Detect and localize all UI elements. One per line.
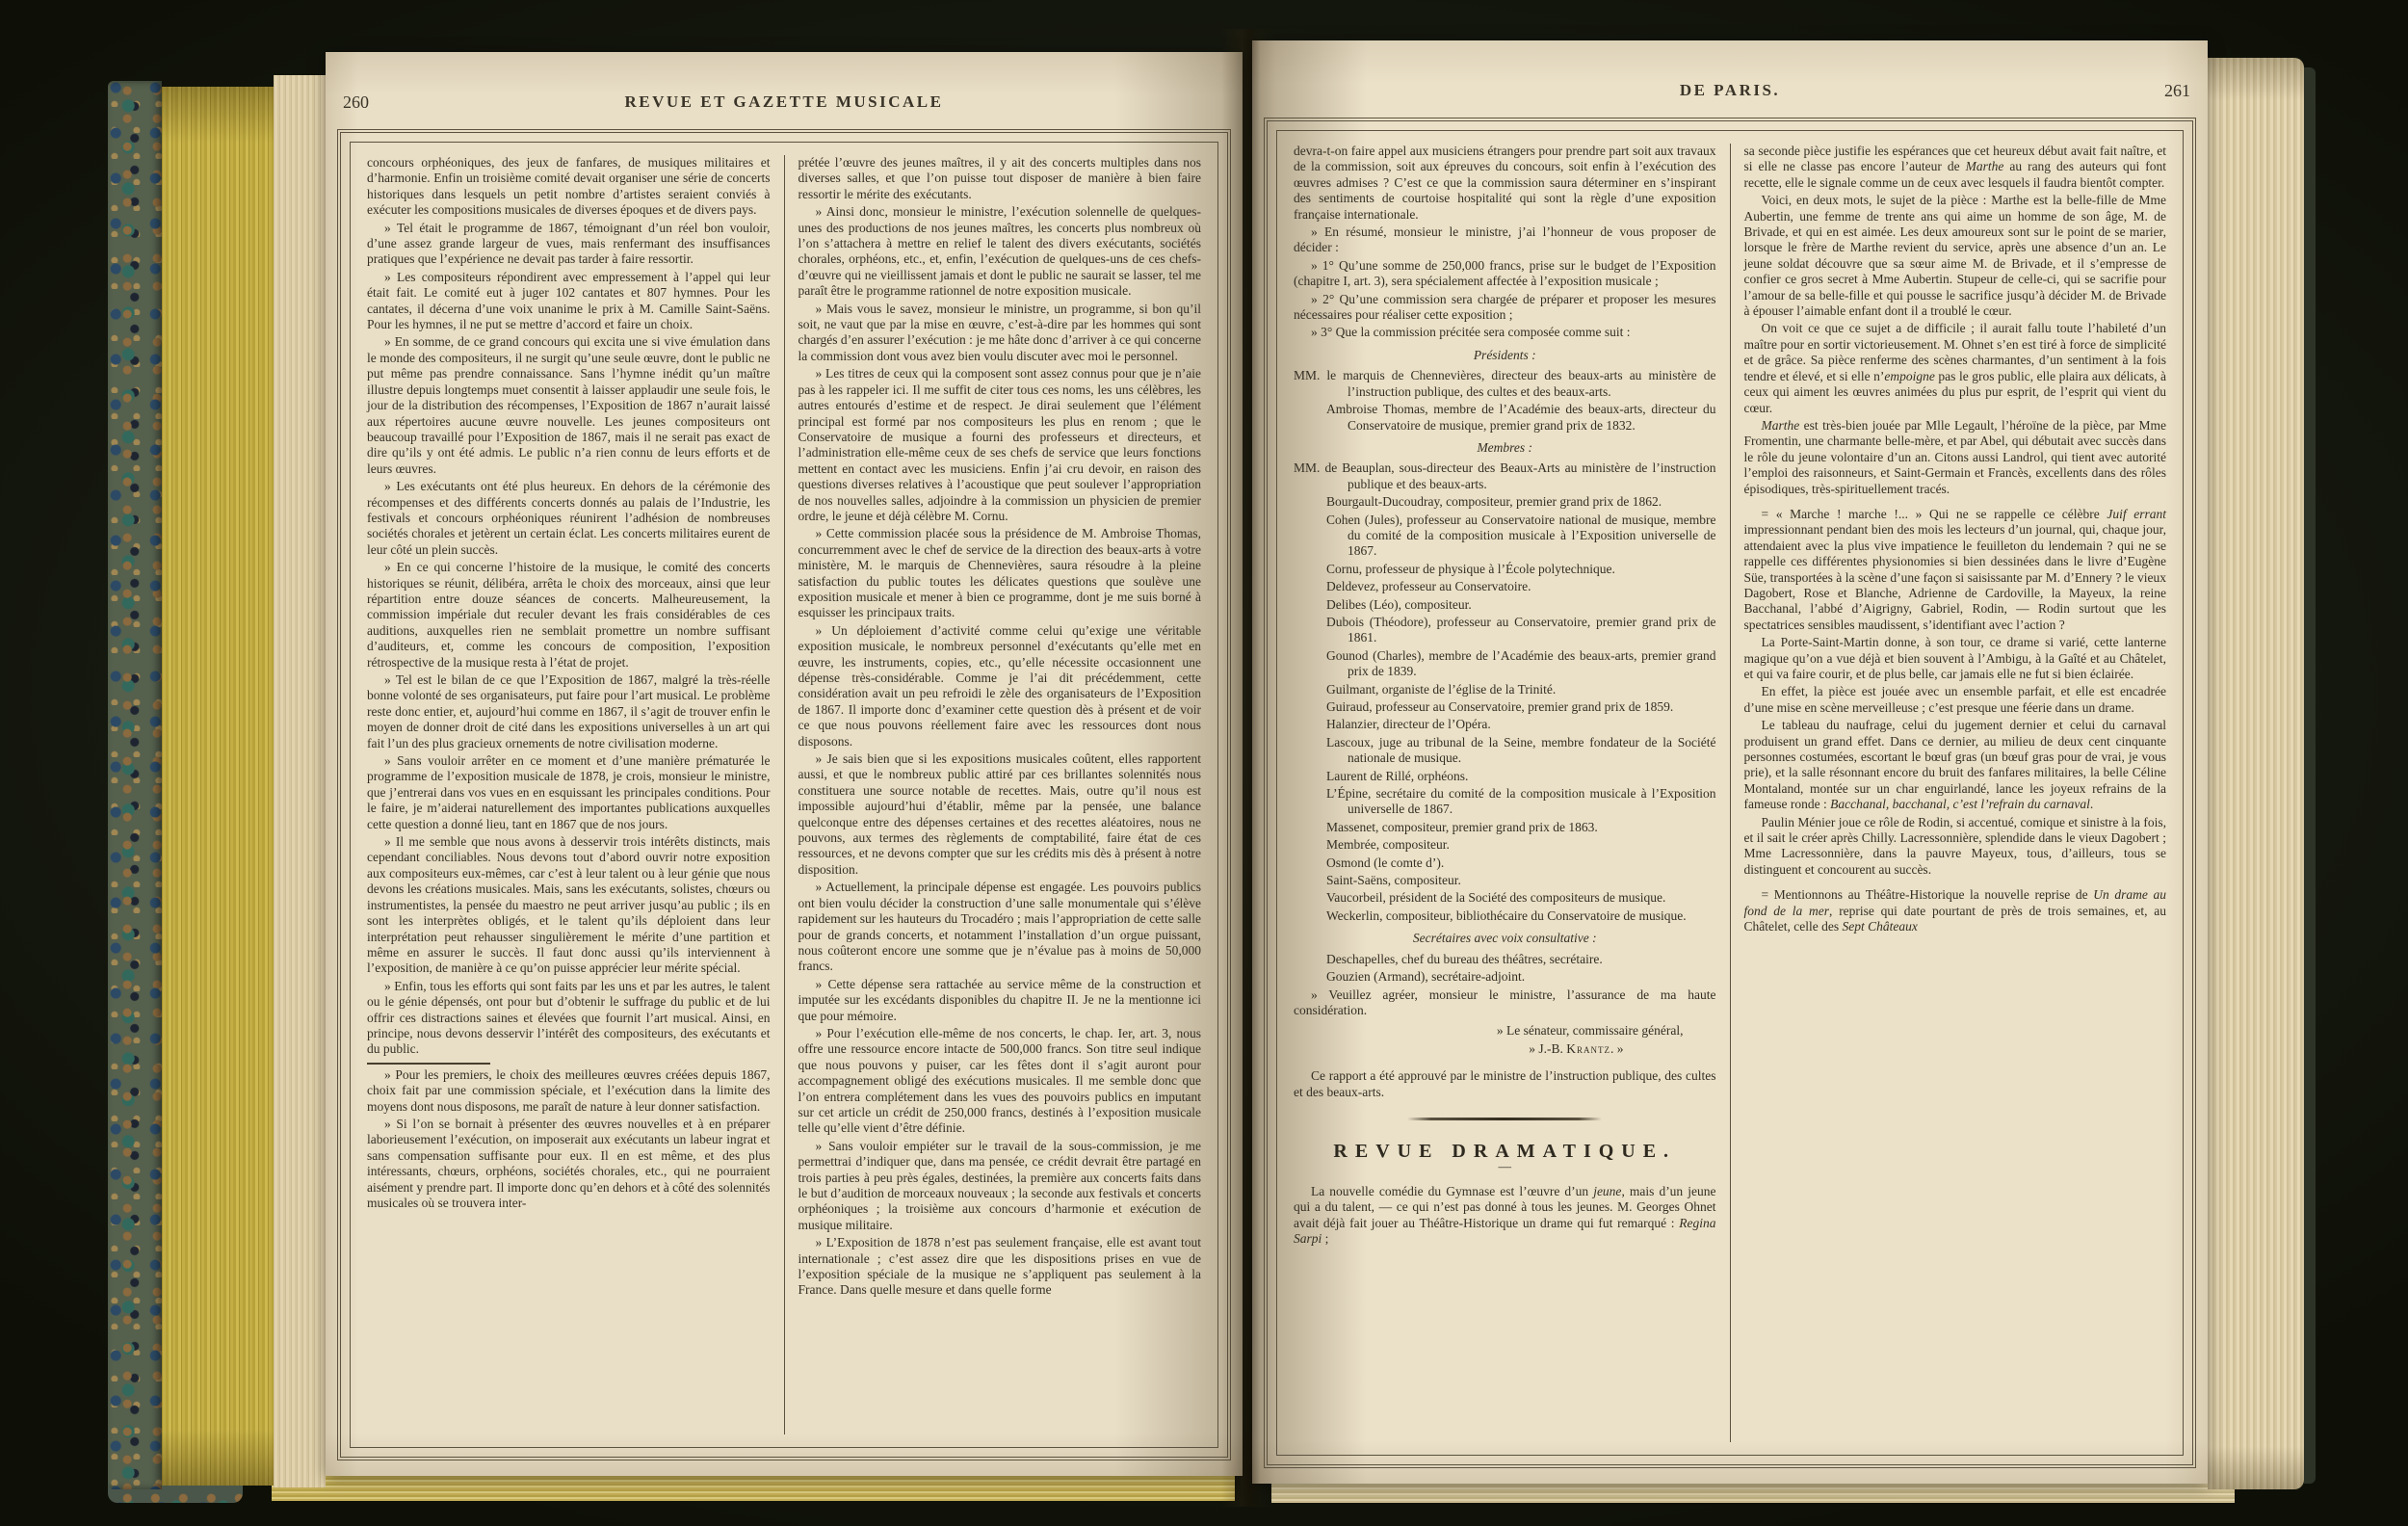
paragraph: » Tel est le bilan de ce que l’Expositio… <box>367 672 771 751</box>
paragraph: » Tel était le programme de 1867, témoig… <box>367 221 771 268</box>
paragraph: = « Marche ! marche !... » Qui ne se rap… <box>1744 507 2167 633</box>
list-item: Laurent de Rillé, orphéons. <box>1294 769 1716 784</box>
page-stack-edge-left <box>274 75 326 1487</box>
column-1: devra-t-on faire appel aux musiciens étr… <box>1292 144 1730 1442</box>
page-border-frame-middle: concours orphéoniques, des jeux de fanfa… <box>340 132 1228 1458</box>
paragraph: Ce rapport a été approuvé par le ministr… <box>1294 1068 1716 1100</box>
list-item: Gounod (Charles), membre de l’Académie d… <box>1294 648 1716 680</box>
paragraph: » Cette dépense sera rattachée au servic… <box>798 977 1202 1024</box>
paragraph: » Ainsi donc, monsieur le ministre, l’ex… <box>798 204 1202 299</box>
list-item: Ambroise Thomas, membre de l’Académie de… <box>1294 402 1716 434</box>
paragraph: » Sans vouloir empiéter sur le travail d… <box>798 1139 1202 1233</box>
scanned-book-spread: 260 REVUE ET GAZETTE MUSICALE concours o… <box>0 0 2408 1526</box>
membres-heading: Membres : <box>1294 440 1716 456</box>
section-rule <box>1407 1118 1602 1120</box>
list-item: Dubois (Théodore), professeur au Conserv… <box>1294 615 1716 646</box>
list-item: MM. le marquis de Chennevières, directeu… <box>1294 368 1716 400</box>
paragraph: » Veuillez agréer, monsieur le ministre,… <box>1294 987 1716 1019</box>
list-item: Delibes (Léo), compositeur. <box>1294 597 1716 613</box>
page-border-frame: concours orphéoniques, des jeux de fanfa… <box>337 129 1231 1460</box>
paragraph: » L’Exposition de 1878 n’est pas seuleme… <box>798 1235 1202 1299</box>
column-2: prétée l’œuvre des jeunes maîtres, il y … <box>784 155 1204 1434</box>
signature-name: » J.-B. Krantz. » <box>1294 1041 1716 1057</box>
list-item: Cornu, professeur de physique à l’École … <box>1294 562 1716 577</box>
paragraph: En effet, la pièce est jouée avec un ens… <box>1744 684 2167 716</box>
paragraph: concours orphéoniques, des jeux de fanfa… <box>367 155 771 219</box>
paragraph: » 3° Que la commission précitée sera com… <box>1294 325 1716 340</box>
list-item: Guiraud, professeur au Conservatoire, pr… <box>1294 699 1716 715</box>
page-border-frame: devra-t-on faire appel aux musiciens étr… <box>1264 118 2196 1468</box>
paragraph: » Les titres de ceux qui la composent so… <box>798 366 1202 524</box>
list-item: L’Épine, secrétaire du comité de la comp… <box>1294 786 1716 818</box>
paragraph: On voit ce que ce sujet a de difficile ;… <box>1744 321 2167 415</box>
page-border-frame-inner: devra-t-on faire appel aux musiciens étr… <box>1276 130 2184 1456</box>
left-page: 260 REVUE ET GAZETTE MUSICALE concours o… <box>326 52 1243 1476</box>
paragraph: » En somme, de ce grand concours qui exc… <box>367 334 771 477</box>
paragraph: = Mentionnons au Théâtre-Historique la n… <box>1744 887 2167 934</box>
list-item: Membrée, compositeur. <box>1294 837 1716 853</box>
page-number: 261 <box>2164 81 2190 101</box>
list-item: Vaucorbeil, président de la Société des … <box>1294 890 1716 906</box>
list-item: Bourgault-Ducoudray, compositeur, premie… <box>1294 494 1716 510</box>
list-item: Deldevez, professeur au Conservatoire. <box>1294 579 1716 594</box>
paragraph: » Si l’on se bornait à présenter des œuv… <box>367 1117 771 1211</box>
column-2: sa seconde pièce justifie les espérances… <box>1730 144 2169 1442</box>
paragraph: » 1° Qu’une somme de 250,000 francs, pri… <box>1294 258 1716 290</box>
column-1: concours orphéoniques, des jeux de fanfa… <box>365 155 784 1434</box>
open-book: 260 REVUE ET GAZETTE MUSICALE concours o… <box>108 29 2316 1507</box>
list-item: Cohen (Jules), professeur au Conservatoi… <box>1294 513 1716 560</box>
paragraph: » Pour les premiers, le choix des meille… <box>367 1067 771 1115</box>
paragraph: Marthe est très-bien jouée par Mlle Lega… <box>1744 418 2167 497</box>
list-item: Guilmant, organiste de l’église de la Tr… <box>1294 682 1716 697</box>
paragraph: » Mais vous le savez, monsieur le minist… <box>798 302 1202 365</box>
paragraph: devra-t-on faire appel aux musiciens étr… <box>1294 144 1716 223</box>
list-item: Saint-Saëns, compositeur. <box>1294 873 1716 888</box>
text-columns: devra-t-on faire appel aux musiciens étr… <box>1292 144 2168 1442</box>
paragraph: Paulin Ménier joue ce rôle de Rodin, si … <box>1744 815 2167 879</box>
list-item: Weckerlin, compositeur, bibliothécaire d… <box>1294 908 1716 924</box>
list-item: Deschapelles, chef du bureau des théâtre… <box>1294 952 1716 967</box>
paragraph: » Je sais bien que si les expositions mu… <box>798 751 1202 878</box>
paragraph: » En résumé, monsieur le ministre, j’ai … <box>1294 224 1716 256</box>
paragraph: » Actuellement, la principale dépense es… <box>798 880 1202 974</box>
paragraph: » Enfin, tous les efforts qui sont faits… <box>367 979 771 1058</box>
cover-edge-right <box>2304 67 2316 1484</box>
paragraph: » Pour l’exécution elle-même de nos conc… <box>798 1026 1202 1137</box>
list-item: Osmond (le comte d’). <box>1294 855 1716 871</box>
secretaires-heading: Secrétaires avec voix consultative : <box>1294 931 1716 946</box>
paragraph: La Porte-Saint-Martin donne, à son tour,… <box>1744 635 2167 682</box>
page-border-frame-middle: devra-t-on faire appel aux musiciens étr… <box>1267 120 2193 1465</box>
right-page: DE PARIS. 261 devra-t-on faire appel aux… <box>1252 40 2208 1484</box>
paragraph: Voici, en deux mots, le sujet de la pièc… <box>1744 193 2167 319</box>
paragraph: sa seconde pièce justifie les espérances… <box>1744 144 2167 191</box>
paragraph: » 2° Qu’une commission sera chargée de p… <box>1294 292 1716 324</box>
page-edges-bottom-left <box>272 1472 1235 1501</box>
text-columns: concours orphéoniques, des jeux de fanfa… <box>365 155 1203 1434</box>
page-stack-edge-right <box>2208 58 2304 1489</box>
paragraph: » Il me semble que nous avons à desservi… <box>367 834 771 977</box>
presidents-heading: Présidents : <box>1294 348 1716 363</box>
paragraph: » Les exécutants ont été plus heureux. E… <box>367 479 771 558</box>
separator-rule <box>367 1063 490 1065</box>
revue-dramatique-title: REVUE DRAMATIQUE. <box>1294 1144 1716 1159</box>
paragraph: prétée l’œuvre des jeunes maîtres, il y … <box>798 155 1202 202</box>
list-item: MM. de Beauplan, sous-directeur des Beau… <box>1294 460 1716 492</box>
paragraph: » Cette commission placée sous la présid… <box>798 526 1202 620</box>
list-item: Massenet, compositeur, premier grand pri… <box>1294 820 1716 835</box>
gilded-fore-edge-left <box>162 87 274 1486</box>
paragraph: Le tableau du naufrage, celui du jugemen… <box>1744 718 2167 812</box>
running-head-left: 260 REVUE ET GAZETTE MUSICALE <box>326 92 1243 118</box>
page-border-frame-inner: concours orphéoniques, des jeux de fanfa… <box>350 142 1218 1448</box>
journal-title: REVUE ET GAZETTE MUSICALE <box>326 92 1243 112</box>
running-head-right: DE PARIS. 261 <box>1252 81 2208 106</box>
list-item: Halanzier, directeur de l’Opéra. <box>1294 717 1716 732</box>
list-item: Lascoux, juge au tribunal de la Seine, m… <box>1294 735 1716 767</box>
paragraph: » Sans vouloir arrêter en ce moment et d… <box>367 753 771 832</box>
signature-role: » Le sénateur, commissaire général, <box>1294 1023 1716 1039</box>
paragraph: » Les compositeurs répondirent avec empr… <box>367 270 771 333</box>
paragraph: » En ce qui concerne l’histoire de la mu… <box>367 560 771 671</box>
journal-title: DE PARIS. <box>1252 81 2208 100</box>
paragraph: » Un déploiement d’activité comme celui … <box>798 623 1202 750</box>
marbled-cover-edge <box>108 81 162 1489</box>
paragraph: La nouvelle comédie du Gymnase est l’œuv… <box>1294 1184 1716 1248</box>
list-item: Gouzien (Armand), secrétaire-adjoint. <box>1294 969 1716 985</box>
